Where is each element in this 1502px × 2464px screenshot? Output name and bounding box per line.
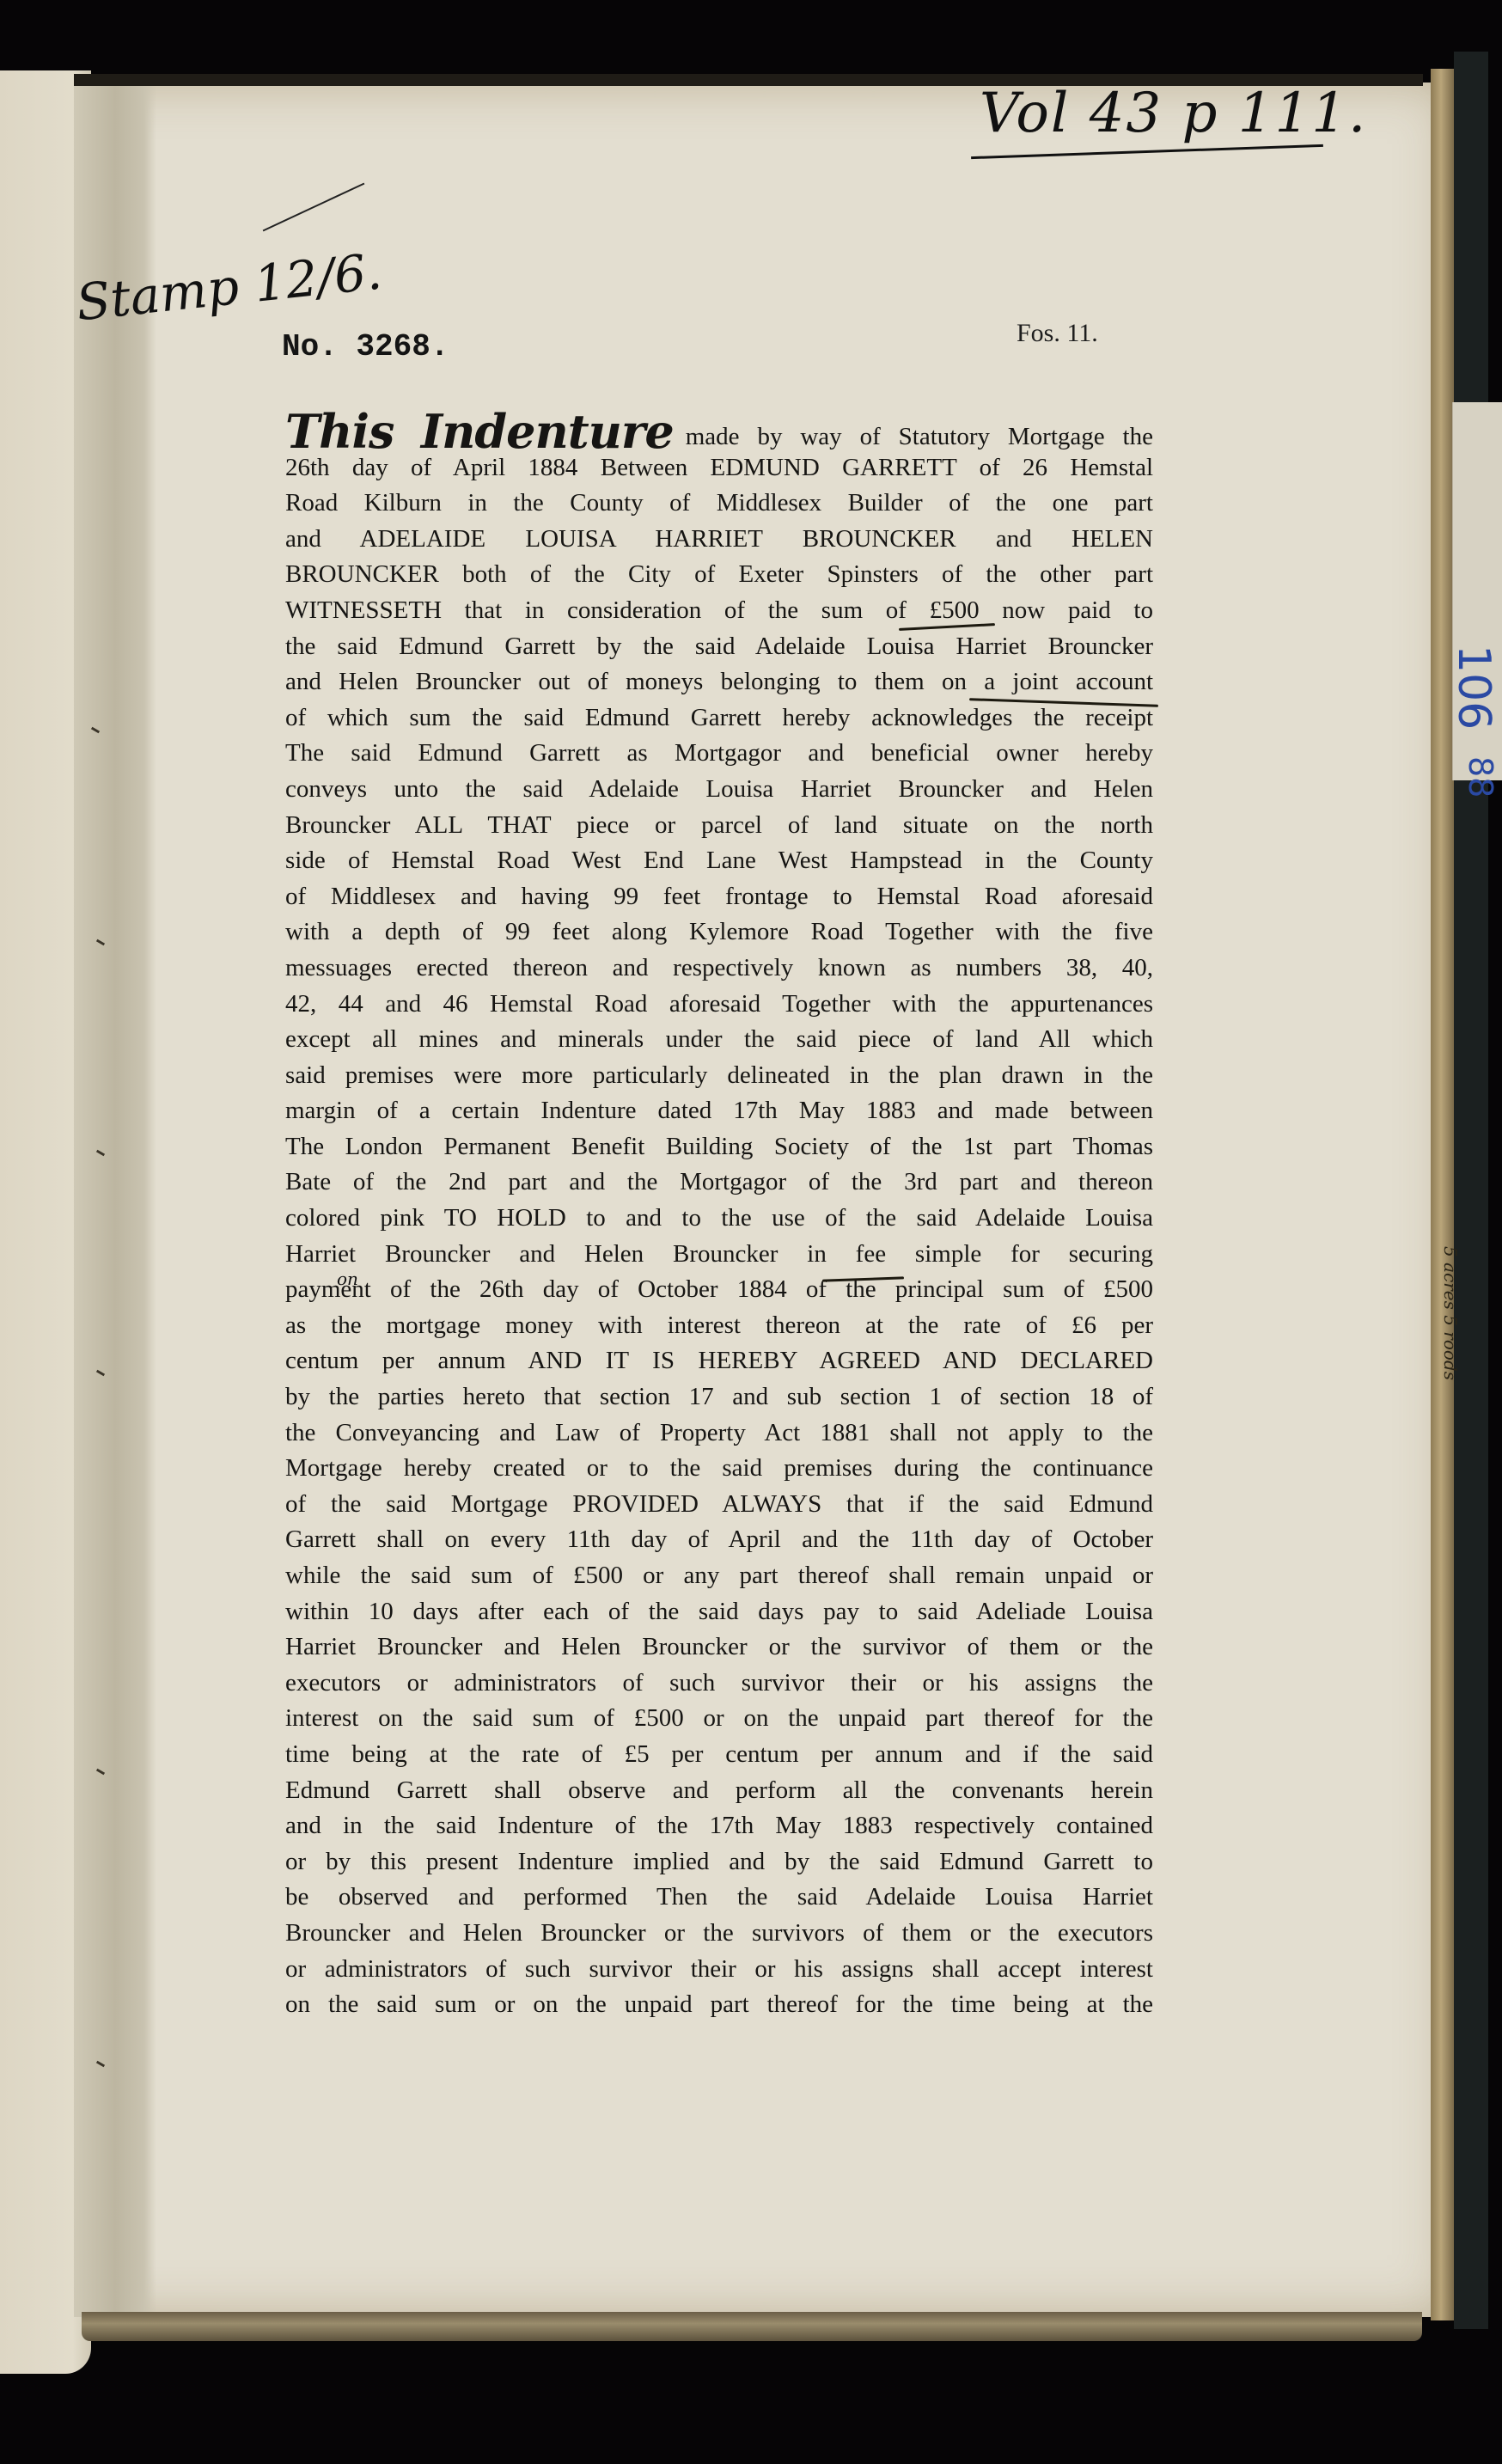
deed-line: Edmund Garrett shall observe and perform… xyxy=(285,1773,1153,1809)
deed-line: side of Hemstal Road West End Lane West … xyxy=(285,843,1153,879)
deed-line: BROUNCKER both of the City of Exeter Spi… xyxy=(285,557,1153,593)
deed-line: or by this present Indenture implied and… xyxy=(285,1844,1153,1880)
deed-line: of which sum the said Edmund Garrett her… xyxy=(285,700,1153,737)
deed-line: and Helen Brouncker out of moneys belong… xyxy=(285,664,1153,700)
deed-line: colored pink TO HOLD to and to the use o… xyxy=(285,1201,1153,1237)
deed-line: on the said sum or on the unpaid part th… xyxy=(285,1987,1153,2023)
deed-line: and ADELAIDE LOUISA HARRIET BROUNCKER an… xyxy=(285,522,1153,558)
deed-line: messuages erected thereon and respective… xyxy=(285,951,1153,987)
document-number: No. 3268. xyxy=(282,329,449,364)
deed-body: This Indenturemade by way of Statutory M… xyxy=(285,414,1153,2023)
deed-line: with a depth of 99 feet along Kylemore R… xyxy=(285,914,1153,951)
gutter-shadow xyxy=(74,83,156,2317)
deed-line: within 10 days after each of the said da… xyxy=(285,1594,1153,1630)
deed-line: Brouncker ALL THAT piece or parcel of la… xyxy=(285,808,1153,844)
page-bottom-edge xyxy=(82,2312,1422,2341)
deed-line: executors or administrators of such surv… xyxy=(285,1666,1153,1702)
deed-line: 26th day of April 1884 Between EDMUND GA… xyxy=(285,450,1153,486)
folio-count: Fos. 11. xyxy=(1017,319,1098,348)
deed-line: conveys unto the said Adelaide Louisa Ha… xyxy=(285,772,1153,808)
deed-line: The London Permanent Benefit Building So… xyxy=(285,1129,1153,1165)
tab-note: 106 xyxy=(1448,645,1499,730)
deed-line: be observed and performed Then the said … xyxy=(285,1880,1153,1916)
deed-line: or administrators of such survivor their… xyxy=(285,1952,1153,1988)
deed-line: This Indenturemade by way of Statutory M… xyxy=(285,414,1153,450)
deed-line: and in the said Indenture of the 17th Ma… xyxy=(285,1808,1153,1844)
spine-label: 5 acres 5 roods xyxy=(1440,1246,1461,1380)
book-binding xyxy=(1454,52,1488,2329)
deed-line: margin of a certain Indenture dated 17th… xyxy=(285,1093,1153,1129)
deed-line: the Conveyancing and Law of Property Act… xyxy=(285,1415,1153,1452)
deed-line: Bate of the 2nd part and the Mortgagor o… xyxy=(285,1165,1153,1201)
deed-line: time being at the rate of £5 per centum … xyxy=(285,1737,1153,1773)
handwritten-correction: on xyxy=(337,1269,358,1289)
deed-line: Brouncker and Helen Brouncker or the sur… xyxy=(285,1916,1153,1952)
deed-line: Garrett shall on every 11th day of April… xyxy=(285,1522,1153,1558)
deed-line: payment of the 26th day of October 1884 … xyxy=(285,1272,1153,1308)
deed-line: centum per annum AND IT IS HEREBY AGREED… xyxy=(285,1343,1153,1379)
tab-note-secondary: 88 xyxy=(1462,756,1499,798)
deed-line: The said Edmund Garrett as Mortgagor and… xyxy=(285,736,1153,772)
deed-line: Road Kilburn in the County of Middlesex … xyxy=(285,486,1153,522)
deed-line: of Middlesex and having 99 feet frontage… xyxy=(285,879,1153,915)
deed-line: as the mortgage money with interest ther… xyxy=(285,1308,1153,1344)
deed-line: Mortgage hereby created or to the said p… xyxy=(285,1451,1153,1487)
deed-line: of the said Mortgage PROVIDED ALWAYS tha… xyxy=(285,1487,1153,1523)
deed-line: by the parties hereto that section 17 an… xyxy=(285,1379,1153,1415)
deed-line: Harriet Brouncker and Helen Brouncker or… xyxy=(285,1629,1153,1666)
deed-line: WITNESSETH that in consideration of the … xyxy=(285,593,1153,629)
deed-line: 42, 44 and 46 Hemstal Road aforesaid Tog… xyxy=(285,987,1153,1023)
deed-line: except all mines and minerals under the … xyxy=(285,1022,1153,1058)
deed-line: Harriet Brouncker and Helen Brouncker in… xyxy=(285,1237,1153,1273)
deed-line: said premises were more particularly del… xyxy=(285,1058,1153,1094)
deed-line: interest on the said sum of £500 or on t… xyxy=(285,1701,1153,1737)
deed-line: the said Edmund Garrett by the said Adel… xyxy=(285,629,1153,665)
deed-line: while the said sum of £500 or any part t… xyxy=(285,1558,1153,1594)
volume-reference-note: Vol 43 p 111. xyxy=(980,82,1367,145)
